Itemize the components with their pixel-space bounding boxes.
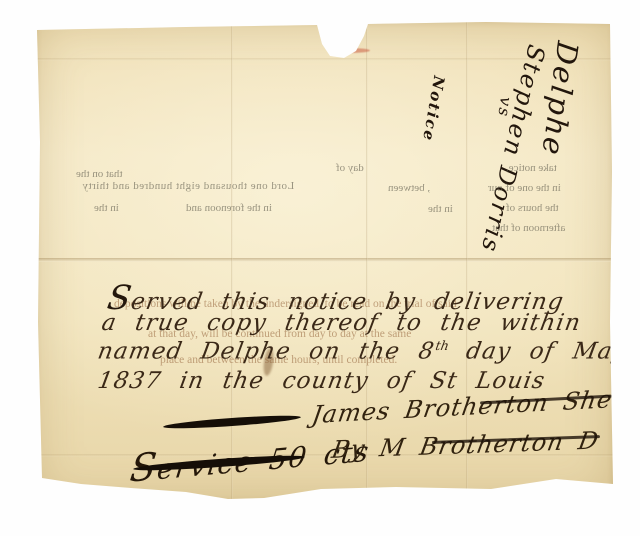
- return-line-3: named Delphe on the 8th day of May: [96, 338, 630, 365]
- bleedthrough-afternoon: afternoon of that: [492, 222, 565, 234]
- bleedthrough-forenoon: in the forenoon and: [186, 202, 272, 214]
- return-line-4: 1837 in the county of St Louis: [96, 368, 548, 394]
- bleedthrough-day-of: day of: [336, 162, 364, 174]
- bleedthrough-one-of-our: in the one of our: [488, 182, 561, 194]
- return-line-3-pre: named Delphe on the 8: [96, 339, 437, 365]
- bleedthrough-take-notice: take notice,: [506, 162, 557, 174]
- wax-seal-remnant: [330, 48, 370, 53]
- fold-crease-vertical-left: [231, 22, 233, 502]
- fold-crease-middle: [36, 258, 613, 262]
- docket-notice-label: Notice: [418, 71, 449, 148]
- bleedthrough-between: , between: [388, 182, 430, 194]
- fold-crease-vertical-right: [466, 22, 468, 502]
- signature-deputy: By M Brotherton D Shff: [330, 424, 640, 464]
- return-line-2: a true copy thereof to the within: [100, 310, 584, 336]
- return-line-3-post: day of May: [446, 339, 630, 365]
- paper-sheet: Delphe vs Stephen Dorris Notice day of t…: [36, 22, 613, 502]
- bleedthrough-that-on-the: that on the: [76, 168, 122, 180]
- bleedthrough-lord-line: Lord one thousand eight hundred and thir…: [82, 180, 294, 192]
- bleedthrough-in-the-left: in the: [94, 202, 119, 214]
- bleedthrough-hours-of: the hours of: [506, 202, 559, 214]
- bleedthrough-in-the-right: in the: [428, 203, 453, 215]
- scanned-document: Delphe vs Stephen Dorris Notice day of t…: [0, 0, 640, 536]
